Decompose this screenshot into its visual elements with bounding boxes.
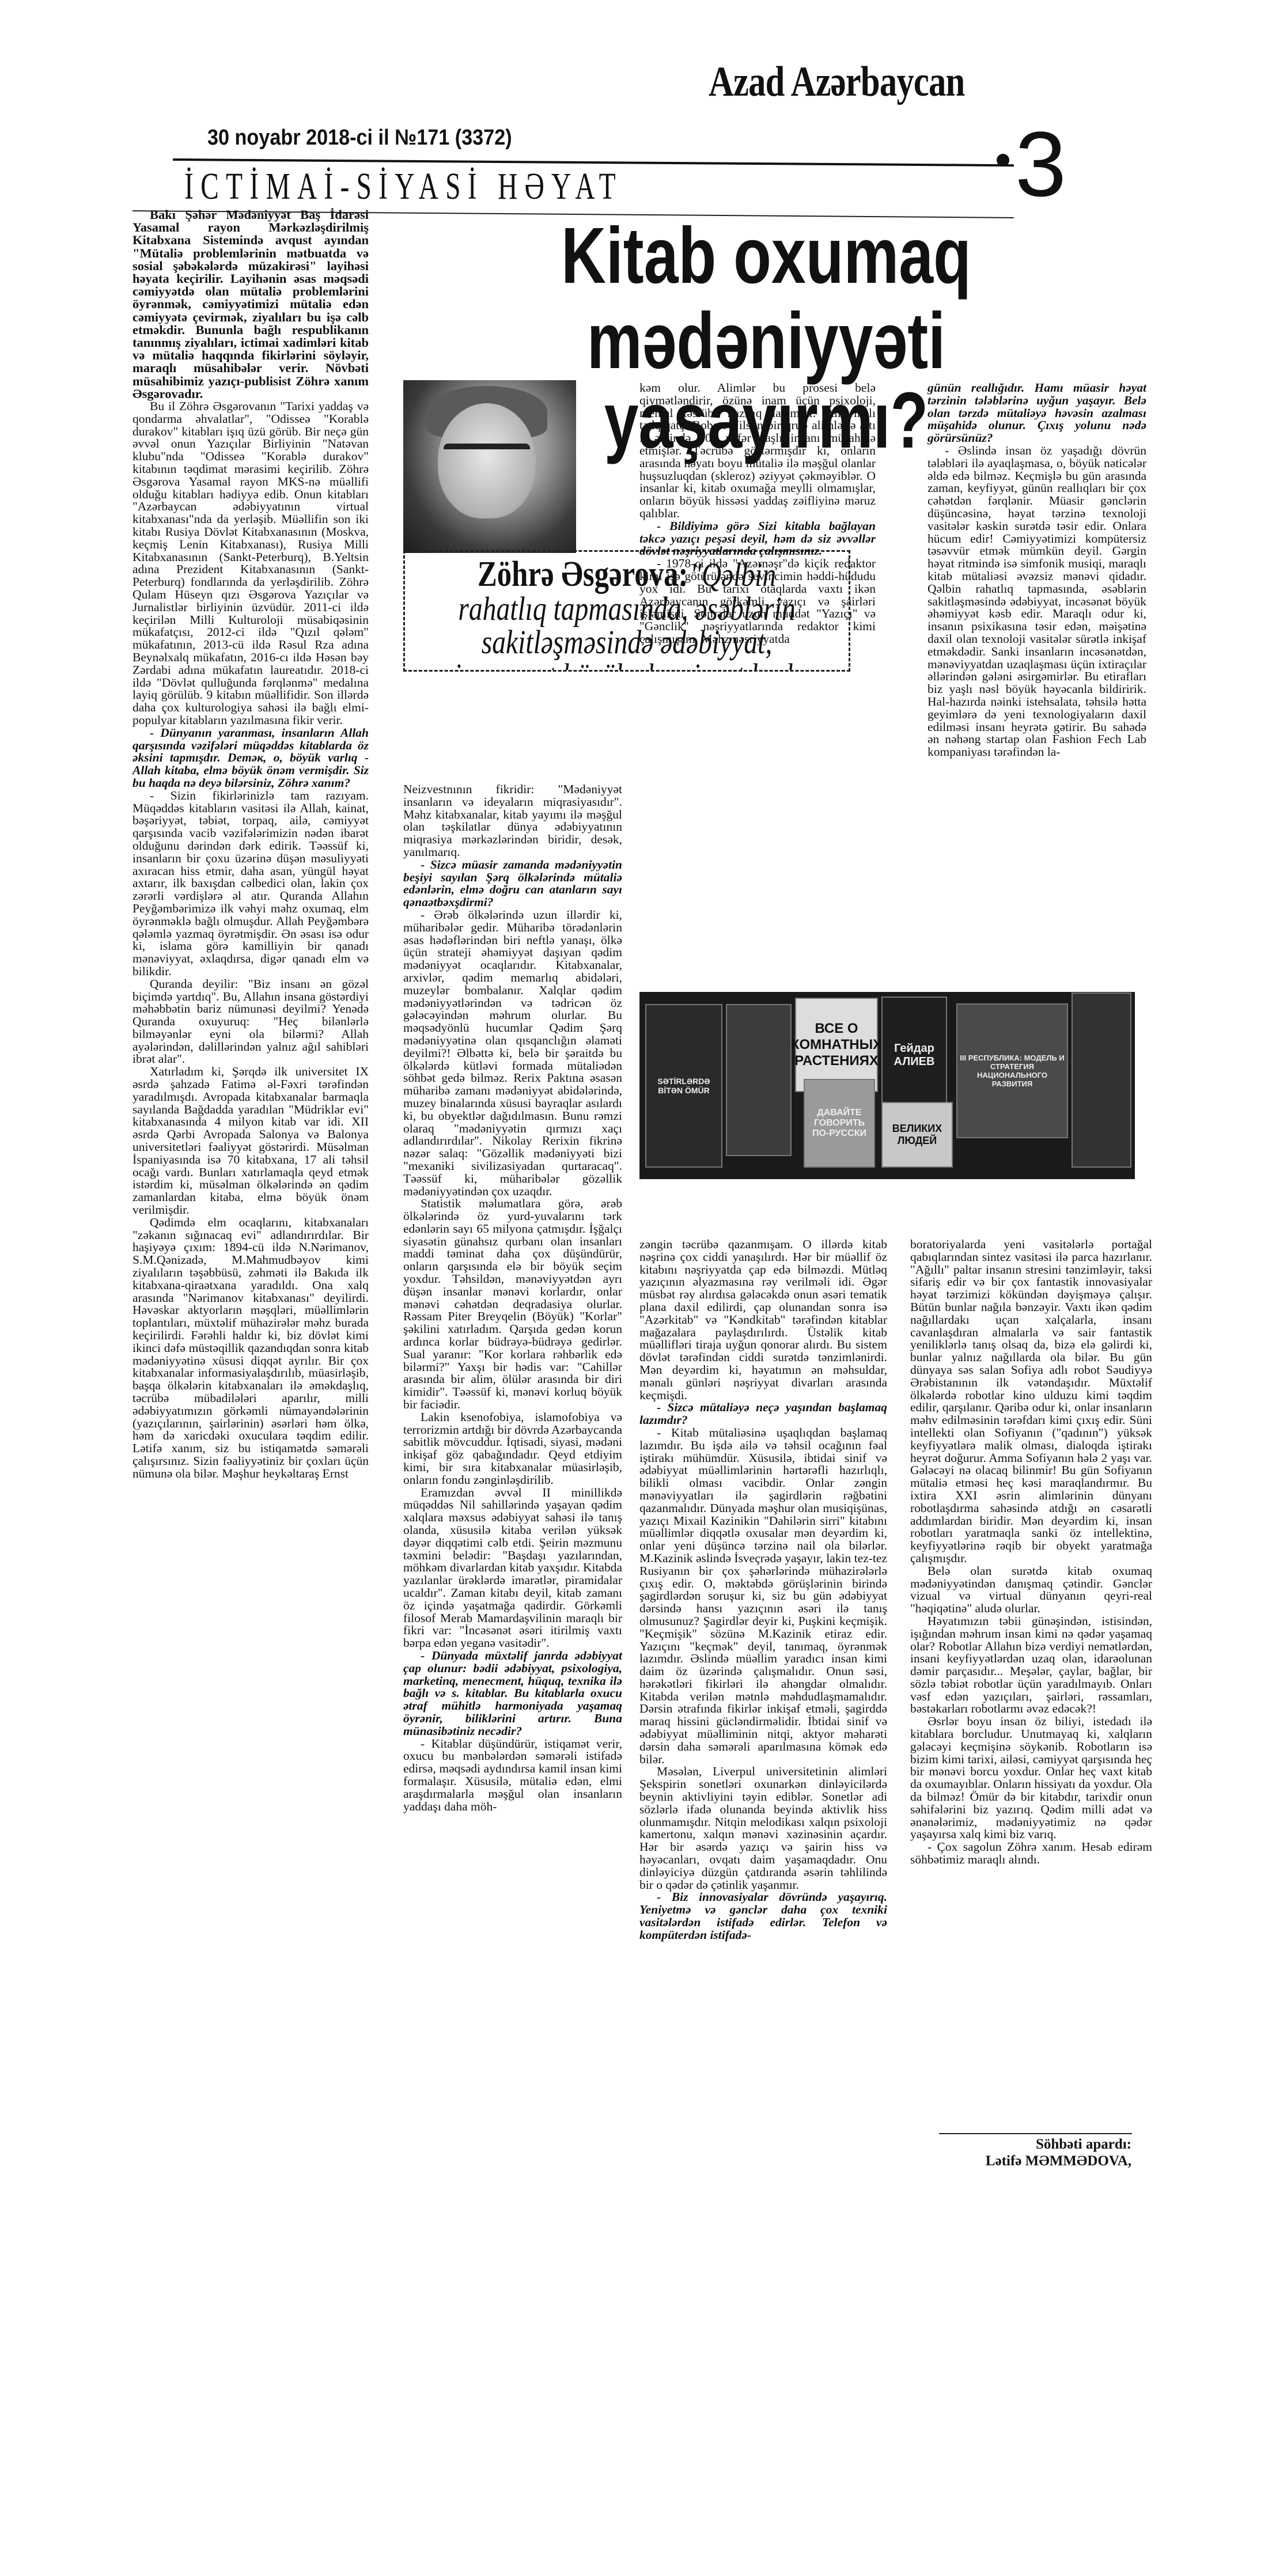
dateline: 30 noyabr 2018-ci il №171 (3372) xyxy=(207,126,512,150)
section-title: İCTİMAİ-SİYASİ HƏYAT xyxy=(184,165,623,209)
question: - Sizcə mütaliəyə neçə yaşından başlamaq… xyxy=(639,1401,887,1427)
paragraph: zəngin təcrübə qazanmışam. O illərdə kit… xyxy=(639,1238,887,1401)
paragraph: kəm olur. Alimlər bu prosesi belə qiymət… xyxy=(639,382,876,520)
paragraph: - 1978-ci ildə "Azərnəşr"də kiçik redakt… xyxy=(639,558,876,646)
paragraph: Əsrlər boyu insan öz biliyi, istedadı il… xyxy=(910,1715,1152,1841)
paragraph: Həyatımızın təbii günəşindən, istisindən… xyxy=(910,1615,1152,1715)
paragraph: Eramızdan əvvəl II minillikdə müqəddəs N… xyxy=(403,1487,622,1650)
article-lead: Bakı Şəhər Mədəniyyət Baş İdarəsi Yasama… xyxy=(132,209,369,400)
book-cover: ДАВАЙТЕ ГОВОРИТЬ ПО-РУССКИ xyxy=(804,1079,875,1168)
paragraph: - Çox sagolun Zöhrə xanım. Hesab edirəm … xyxy=(910,1841,1152,1866)
question: - Sizcə müasir zamanda mədəniyyətin beşi… xyxy=(403,859,622,909)
byline-label: Söhbəti apardı: xyxy=(986,2136,1131,2153)
question: günün reallığıdır. Hamı müasir həyat tər… xyxy=(927,382,1146,445)
masthead: Azad Azərbaycan xyxy=(709,58,964,107)
question: - Biz innovasiyalar dövründə yaşayırıq. … xyxy=(639,1891,887,1941)
article-column-1: Bakı Şəhər Mədəniyyət Baş İdarəsi Yasama… xyxy=(132,209,369,1480)
page-number-value: 3 xyxy=(1015,112,1066,215)
byline-rule xyxy=(939,2133,1132,2134)
bullet-icon xyxy=(997,154,1009,166)
article-column-3-lower: zəngin təcrübə qazanmışam. O illərdə kit… xyxy=(639,1238,887,1942)
paragraph: - Kitab mütaliəsinə uşaqlıqdan başlamaq … xyxy=(639,1427,887,1766)
question: - Dünyanın yaranması, insanların Allah q… xyxy=(132,727,369,790)
question: - Bildiyimə görə Sizi kitabla bağlayan t… xyxy=(639,520,876,558)
paragraph: Quranda deyilir: "Biz insanı ən gözəl bi… xyxy=(132,978,369,1066)
book-cover: ВЕЛИКИХ ЛЮДЕЙ xyxy=(881,1102,953,1168)
paragraph: - Sizin fikirlərinizlə tam razıyam. Müqə… xyxy=(132,790,369,978)
paragraph: Bu il Zöhrə Əsgərovanın "Tarixi yaddaş v… xyxy=(132,400,369,727)
book-cover: ВСЕ О КОМНАТНЫХ РАСТЕНИЯХ xyxy=(795,998,878,1092)
books-photo: SƏTİRLƏRDƏ BİTƏN ÖMÜR ВСЕ О КОМНАТНЫХ РА… xyxy=(639,992,1135,1179)
paragraph: Xatırladım ki, Şərqdə ilk universitet IX… xyxy=(132,1066,369,1217)
paragraph: - Kitablar düşündürür, istiqamət verir, … xyxy=(403,1738,622,1813)
paragraph: Qədimdə elm ocaqlarını, kitabxanaları "z… xyxy=(132,1217,369,1480)
paragraph: Məsələn, Liverpul universitetinin alimlə… xyxy=(639,1766,887,1891)
portrait-glasses xyxy=(444,444,530,470)
portrait-photo xyxy=(403,380,576,553)
article-column-2: Neizvestnının fikridir: "Mədəniyyət insa… xyxy=(403,783,622,1813)
headline-line-1: Kitab oxumaq xyxy=(479,216,1054,296)
page-number: 3 xyxy=(997,118,1066,210)
paragraph: Statistik məlumatlara görə, ərəb ölkələr… xyxy=(403,1198,622,1411)
book-cover: III РЕСПУБЛИКА: МОДЕЛЬ И СТРАТЕГИЯ НАЦИО… xyxy=(956,1003,1068,1138)
article-column-3: kəm olur. Alimlər bu prosesi belə qiymət… xyxy=(639,382,876,646)
byline-author: Lətifə MƏMMƏDOVA, xyxy=(986,2153,1131,2169)
byline: Söhbəti apardı: Lətifə MƏMMƏDOVA, xyxy=(986,2136,1131,2169)
article-column-4-lower: boratoriyalarda yeni vasitələrlə portağa… xyxy=(910,1238,1152,1866)
paragraph: - Əslində insan öz yaşadığı dövrün tələb… xyxy=(927,445,1146,759)
paragraph: Lakin ksenofobiya, islamofobiya və terro… xyxy=(403,1411,622,1487)
paragraph: boratoriyalarda yeni vasitələrlə portağa… xyxy=(910,1238,1152,1565)
book-cover xyxy=(726,1004,792,1156)
paragraph: - Ərəb ölkələrində uzun illərdir ki, müh… xyxy=(403,909,622,1198)
paragraph: Neizvestnının fikridir: "Mədəniyyət insa… xyxy=(403,783,622,859)
book-cover xyxy=(1072,992,1131,1168)
article-column-4: günün reallığıdır. Hamı müasir həyat tər… xyxy=(927,382,1146,759)
book-cover: Гейдар АЛИЕВ xyxy=(881,997,947,1114)
book-cover: SƏTİRLƏRDƏ BİTƏN ÖMÜR xyxy=(645,1004,722,1168)
question: - Dünyada müxtəlif janrda ədəbiyyat çap … xyxy=(403,1650,622,1738)
paragraph: Belə olan surətdə kitab oxumaq mədəniyyə… xyxy=(910,1565,1152,1615)
